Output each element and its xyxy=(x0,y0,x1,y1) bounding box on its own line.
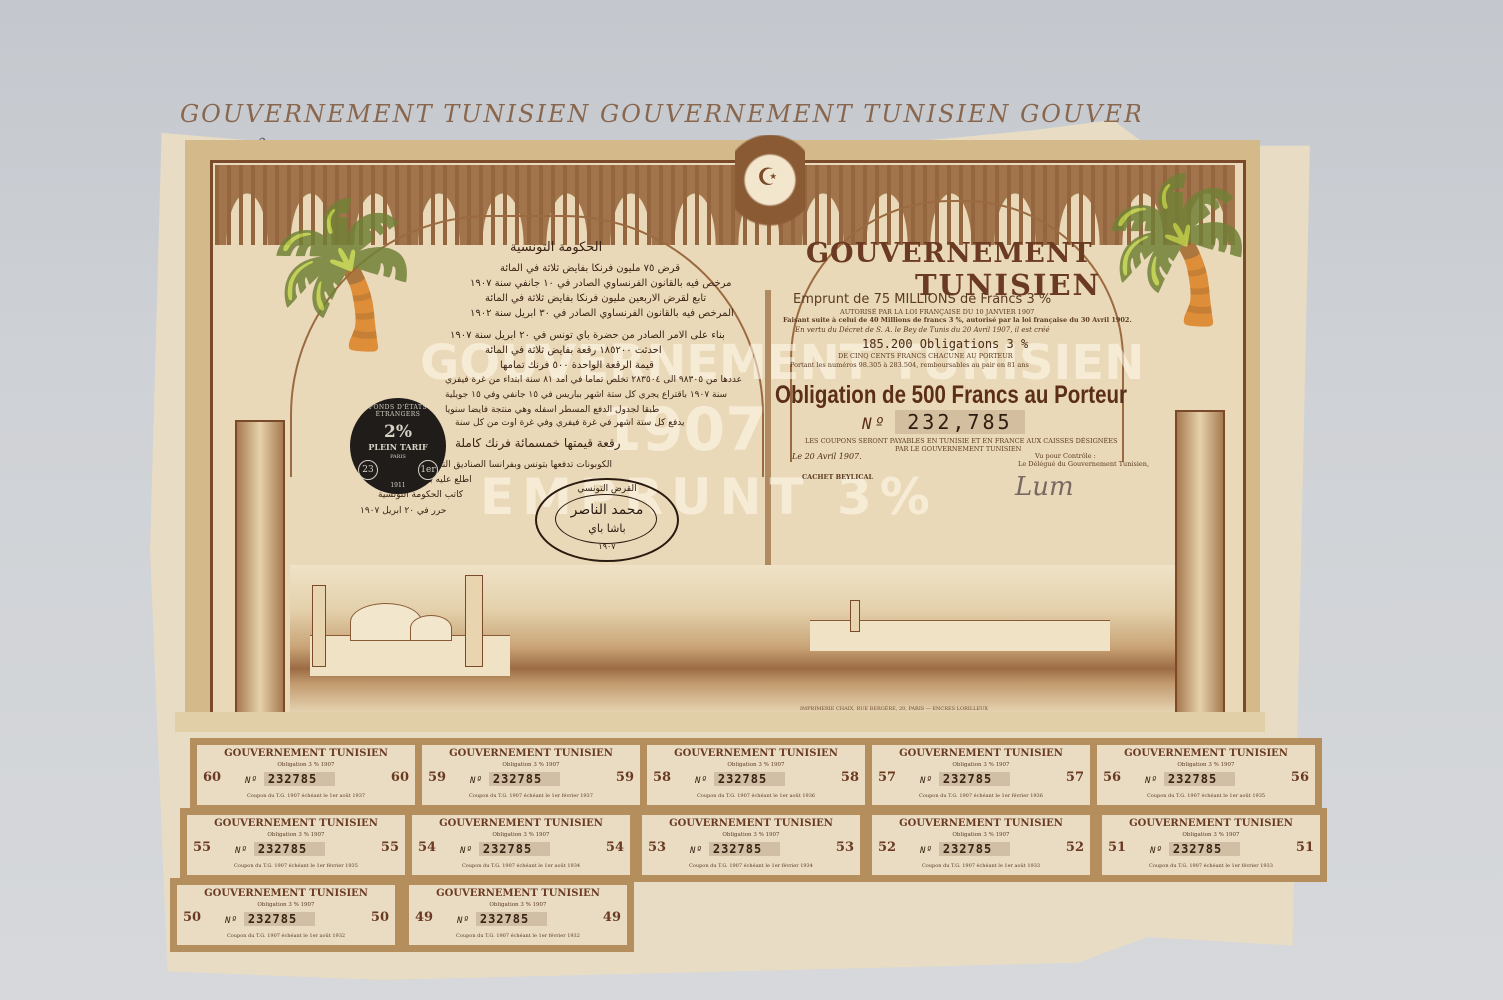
coupon-number-right: 60 xyxy=(391,770,409,785)
mosque-dome xyxy=(410,615,452,641)
coupon-number-left: 54 xyxy=(418,840,436,855)
coupon-title: GOUVERNEMENT TUNISIEN xyxy=(187,818,405,829)
coupon-subtitle: Obligation 3 % 1907 xyxy=(642,832,860,838)
delegate-label: Le Délégué du Gouvernement Tunisien, xyxy=(1018,460,1149,468)
coupon-serial-value: 232785 xyxy=(939,842,1010,856)
arabic-line: بناء على الامر الصادر من حضرة باي تونس ف… xyxy=(450,330,725,341)
stamp-label: PLEIN TARIF xyxy=(350,442,446,452)
coupon-footer: Coupon du T.G. 1907 échéant le 1er août … xyxy=(197,793,415,799)
coupon: GOUVERNEMENT TUNISIEN Obligation 3 % 190… xyxy=(1095,808,1327,882)
left-column xyxy=(235,420,285,714)
coupon-footer: Coupon du T.G. 1907 échéant le 1er févri… xyxy=(187,863,405,869)
coupon-serial: Nº232785 xyxy=(225,912,315,926)
coupon-number-left: 60 xyxy=(203,770,221,785)
arabic-value-line: رقعة قيمتها خمسمائة فرنك كاملة xyxy=(455,436,621,450)
stamp-year: 1911 xyxy=(350,482,446,489)
coupon-footer: Coupon du T.G. 1907 échéant le 1er août … xyxy=(177,933,395,939)
coupons-note-1: LES COUPONS SERONT PAYABLES EN TUNISIE E… xyxy=(805,437,1117,445)
coupon-title: GOUVERNEMENT TUNISIEN xyxy=(409,888,627,899)
coupon-title: GOUVERNEMENT TUNISIEN xyxy=(177,888,395,899)
coupon-serial-value: 232785 xyxy=(264,772,335,786)
decree-line: En vertu du Décret de S. A. le Bey de Tu… xyxy=(795,326,1050,334)
coupon-subtitle: Obligation 3 % 1907 xyxy=(872,762,1090,768)
bond-number-value: 232,785 xyxy=(895,410,1024,434)
coupon-number-left: 51 xyxy=(1108,840,1126,855)
number-prefix: Nº xyxy=(862,414,887,433)
coupon-number-right: 56 xyxy=(1291,770,1309,785)
coupon-serial-value: 232785 xyxy=(254,842,325,856)
minaret xyxy=(465,575,483,667)
bond-title: Obligation de 500 Francs au Porteur xyxy=(775,381,1127,410)
coupon-number-left: 56 xyxy=(1103,770,1121,785)
authorization-line: AUTORISÉ PAR LA LOI FRANÇAISE DU 10 JANV… xyxy=(840,308,1034,316)
coupon-subtitle: Obligation 3 % 1907 xyxy=(647,762,865,768)
coupon-serial: Nº232785 xyxy=(235,842,325,856)
coupon-footer: Coupon du T.G. 1907 échéant le 1er févri… xyxy=(409,933,627,939)
arabic-line: احدثت ١٨٥٢٠٠ رقعة بفايض ثلاثة في المائة xyxy=(485,345,662,356)
stamp-ring-text: FONDS D'ÉTATS ÉTRANGERS xyxy=(350,404,446,418)
coupon-title: GOUVERNEMENT TUNISIEN xyxy=(642,818,860,829)
coupon-number-left: 50 xyxy=(183,910,201,925)
coupon: GOUVERNEMENT TUNISIEN Obligation 3 % 190… xyxy=(1090,738,1322,812)
coupon-serial-value: 232785 xyxy=(489,772,560,786)
arabic-line: قرض ٧٥ مليون فرنكا بفايض ثلاثة في المائة xyxy=(500,263,680,274)
coupon-number-left: 58 xyxy=(653,770,671,785)
coupon-number-left: 59 xyxy=(428,770,446,785)
palm-tree-icon: 🌴 xyxy=(255,205,429,345)
scroll-border-text: GOUVERNEMENT TUNISIEN GOUVERNEMENT TUNIS… xyxy=(180,100,1140,138)
coupon-title: GOUVERNEMENT TUNISIEN xyxy=(412,818,630,829)
right-column xyxy=(1175,410,1225,714)
coupon-number-right: 50 xyxy=(371,910,389,925)
coupon-footer: Coupon du T.G. 1907 échéant le 1er août … xyxy=(872,863,1090,869)
coupon-footer: Coupon du T.G. 1907 échéant le 1er août … xyxy=(1097,793,1315,799)
arabic-line: تابع لقرض الاربعين مليون فرنكا بفايض ثلا… xyxy=(485,293,706,304)
coupon-title: GOUVERNEMENT TUNISIEN xyxy=(1097,748,1315,759)
arabic-date-line: حرر في ٢٠ ابريل ١٩٠٧ xyxy=(360,506,446,516)
coupon-serial-value: 232785 xyxy=(479,842,550,856)
stamp-day: 23 xyxy=(358,460,378,480)
coupon-subtitle: Obligation 3 % 1907 xyxy=(409,902,627,908)
coupon-title: GOUVERNEMENT TUNISIEN xyxy=(872,818,1090,829)
coupon-title: GOUVERNEMENT TUNISIEN xyxy=(422,748,640,759)
arabic-line: عددها من ٩٨٣٠٥ الى ٢٨٣٥٠٤ تخلص تماما في … xyxy=(445,375,742,385)
arabic-line: مرخص فيه بالقانون الفرنساوي الصادر في ١٠… xyxy=(470,278,732,289)
coupon-number-right: 58 xyxy=(841,770,859,785)
cachet-label: CACHET BEYLICAL xyxy=(802,473,873,481)
printer-credit: IMPRIMERIE CHAIX, RUE BERGÈRE, 20, PARIS… xyxy=(800,706,988,712)
coupon-number-right: 54 xyxy=(606,840,624,855)
coupon-subtitle: Obligation 3 % 1907 xyxy=(412,832,630,838)
coupon: GOUVERNEMENT TUNISIEN Obligation 3 % 190… xyxy=(190,738,422,812)
denomination-line: DE CINQ CENTS FRANCS CHACUNE AU PORTEUR xyxy=(838,352,1013,360)
coupon: GOUVERNEMENT TUNISIEN Obligation 3 % 190… xyxy=(415,738,647,812)
coupon-number-right: 53 xyxy=(836,840,854,855)
seal-top-text: القرض التونسي xyxy=(537,484,677,494)
coupon-footer: Coupon du T.G. 1907 échéant le 1er févri… xyxy=(642,863,860,869)
coupon-number-left: 52 xyxy=(878,840,896,855)
arabic-line: طبقا لجدول الدفع المسطر اسفله وهي منتجة … xyxy=(445,405,659,415)
control-label: Vu pour Contrôle : xyxy=(1035,452,1096,460)
coupon-number-left: 49 xyxy=(415,910,433,925)
coupon-footer: Coupon du T.G. 1907 échéant le 1er août … xyxy=(412,863,630,869)
arabic-line: قيمة الرقعة الواحدة ٥٠٠ فرنك تمامها xyxy=(500,360,654,371)
coupon-serial: Nº232785 xyxy=(695,772,785,786)
seal-name: محمد الناصر xyxy=(537,502,677,518)
arabic-line: المرخص فيه بالقانون الفرنساوي الصادر في … xyxy=(470,308,734,319)
coupon-number-right: 55 xyxy=(381,840,399,855)
arabic-line: يدفع كل ستة اشهر في غرة فيفري وفي غرة او… xyxy=(455,418,684,428)
coupon-number-right: 57 xyxy=(1066,770,1084,785)
coupon-number-right: 52 xyxy=(1066,840,1084,855)
coupon-number-left: 57 xyxy=(878,770,896,785)
issue-date: Le 20 Avril 1907. xyxy=(792,452,862,461)
title-gouvernement: GOUVERNEMENT xyxy=(806,238,1093,269)
coupon-number-left: 53 xyxy=(648,840,666,855)
minaret xyxy=(850,600,860,632)
coupon: GOUVERNEMENT TUNISIEN Obligation 3 % 190… xyxy=(405,808,637,882)
coupon: GOUVERNEMENT TUNISIEN Obligation 3 % 190… xyxy=(170,878,402,952)
arabic-heading: الحكومة التونسية xyxy=(510,240,602,255)
coupon-subtitle: Obligation 3 % 1907 xyxy=(872,832,1090,838)
coupon: GOUVERNEMENT TUNISIEN Obligation 3 % 190… xyxy=(180,808,412,882)
coupon-serial: Nº232785 xyxy=(470,772,560,786)
coupon: GOUVERNEMENT TUNISIEN Obligation 3 % 190… xyxy=(635,808,867,882)
coupon-title: GOUVERNEMENT TUNISIEN xyxy=(872,748,1090,759)
coupon-serial-value: 232785 xyxy=(476,912,547,926)
stamp-month: 1er xyxy=(418,460,438,480)
coupon: GOUVERNEMENT TUNISIEN Obligation 3 % 190… xyxy=(402,878,634,952)
coupon-serial-value: 232785 xyxy=(244,912,315,926)
coupon-serial: Nº232785 xyxy=(920,842,1010,856)
beylical-seal: القرض التونسي محمد الناصر باشا باي ١٩٠٧ xyxy=(535,478,679,562)
tunis-harbor-illustration xyxy=(290,565,1175,713)
coupon-number-right: 49 xyxy=(603,910,621,925)
coupon-subtitle: Obligation 3 % 1907 xyxy=(197,762,415,768)
follow-on-line: Faisant suite à celui de 40 Millions de … xyxy=(783,316,1132,324)
crescent-star-icon: ☪ xyxy=(757,163,779,191)
coupon-footer: Coupon du T.G. 1907 échéant le 1er févri… xyxy=(1102,863,1320,869)
stamp-rate: 2% xyxy=(350,422,446,442)
coupon-serial: Nº232785 xyxy=(460,842,550,856)
coupons-note-2: PAR LE GOUVERNEMENT TUNISIEN xyxy=(895,445,1021,453)
coupon: GOUVERNEMENT TUNISIEN Obligation 3 % 190… xyxy=(865,808,1097,882)
coupon-serial-value: 232785 xyxy=(939,772,1010,786)
coupon-serial-value: 232785 xyxy=(1164,772,1235,786)
coupon-serial: Nº232785 xyxy=(690,842,780,856)
french-tax-stamp: FONDS D'ÉTATS ÉTRANGERS 2% PLEIN TARIF P… xyxy=(350,398,446,494)
coupon-subtitle: Obligation 3 % 1907 xyxy=(177,902,395,908)
stamp-city: PARIS xyxy=(350,454,446,460)
coupon-subtitle: Obligation 3 % 1907 xyxy=(422,762,640,768)
coupon-serial-value: 232785 xyxy=(709,842,780,856)
coupon-serial: Nº232785 xyxy=(920,772,1010,786)
coupon-serial-value: 232785 xyxy=(1169,842,1240,856)
coupon-title: GOUVERNEMENT TUNISIEN xyxy=(197,748,415,759)
coupon-serial: Nº232785 xyxy=(245,772,335,786)
bond-number: Nº232,785 xyxy=(862,410,1025,434)
coupon-title: GOUVERNEMENT TUNISIEN xyxy=(1102,818,1320,829)
number-range-line: Portant les numéros 98.305 à 283.504, re… xyxy=(790,361,1029,369)
seal-year: ١٩٠٧ xyxy=(537,542,677,551)
coupon-serial: Nº232785 xyxy=(457,912,547,926)
coupon-footer: Coupon du T.G. 1907 échéant le 1er août … xyxy=(647,793,865,799)
coupon-sheet: GOUVERNEMENT TUNISIEN Obligation 3 % 190… xyxy=(170,732,1270,947)
coupon-footer: Coupon du T.G. 1907 échéant le 1er févri… xyxy=(872,793,1090,799)
coupon-serial: Nº232785 xyxy=(1145,772,1235,786)
coupon-number-left: 55 xyxy=(193,840,211,855)
coupon-number-right: 51 xyxy=(1296,840,1314,855)
coupon: GOUVERNEMENT TUNISIEN Obligation 3 % 190… xyxy=(865,738,1097,812)
coupon-footer: Coupon du T.G. 1907 échéant le 1er févri… xyxy=(422,793,640,799)
coupon: GOUVERNEMENT TUNISIEN Obligation 3 % 190… xyxy=(640,738,872,812)
coupon-subtitle: Obligation 3 % 1907 xyxy=(1102,832,1320,838)
lower-band xyxy=(175,712,1265,732)
coupon-title: GOUVERNEMENT TUNISIEN xyxy=(647,748,865,759)
coupon-serial: Nº232785 xyxy=(1150,842,1240,856)
coupon-subtitle: Obligation 3 % 1907 xyxy=(187,832,405,838)
coupon-serial-value: 232785 xyxy=(714,772,785,786)
seal-title: باشا باي xyxy=(537,522,677,535)
arabic-line: سنة ١٩٠٧ باقتراع يجري كل ستة اشهر بباريس… xyxy=(445,390,727,400)
crescent-star-crest: ☪ xyxy=(735,135,805,285)
coupon-number-right: 59 xyxy=(616,770,634,785)
palm-tree-icon: 🌴 xyxy=(1090,180,1264,320)
loan-description: Emprunt de 75 MILLIONS de Francs 3 % xyxy=(793,292,1051,307)
minaret xyxy=(312,585,326,667)
coupon-subtitle: Obligation 3 % 1907 xyxy=(1097,762,1315,768)
delegate-signature: Lum xyxy=(1015,472,1074,502)
obligation-count: 185.200 Obligations 3 % xyxy=(862,337,1028,351)
